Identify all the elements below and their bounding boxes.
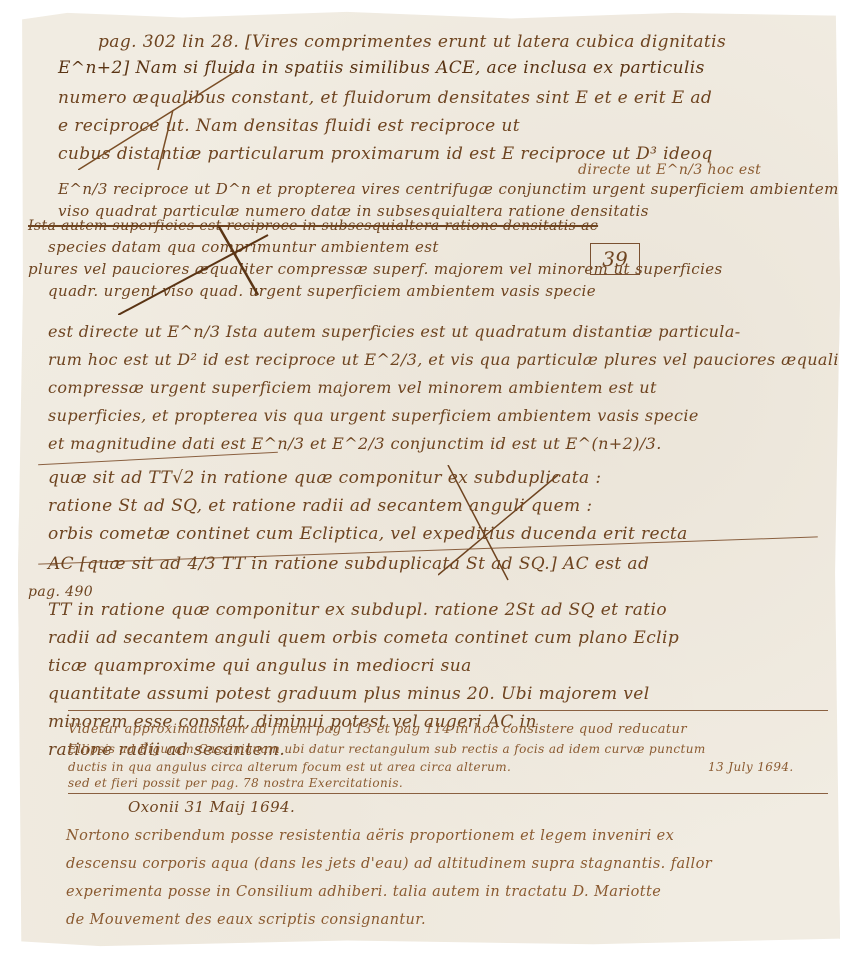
- text-line: radii ad secantem anguli quem orbis come…: [48, 628, 679, 648]
- text-line: TT in ratione quæ componitur ex subdupl.…: [48, 600, 667, 620]
- crossout-mark: [118, 225, 278, 315]
- separator-rule: [68, 710, 828, 711]
- note-line: Ellipsis ad Figuram Cassinianam ubi datu…: [68, 742, 706, 756]
- text-line: superficies, et propterea vis qua urgent…: [48, 406, 699, 425]
- text-line-struck: Ista autem superficies est reciproce in …: [28, 218, 598, 234]
- note-date: 13 July 1694.: [708, 760, 794, 774]
- text-line: ticæ quamproxime qui angulus in mediocri…: [48, 656, 472, 676]
- text-line: E^n/3 reciproce ut D^n et propterea vire…: [58, 180, 839, 198]
- date-line: Oxonii 31 Maij 1694.: [128, 798, 295, 816]
- text-line: de Mouvement des eaux scriptis consignan…: [66, 912, 426, 928]
- text-line-insertion: directe ut E^n/3 hoc est: [578, 162, 761, 178]
- note-line: sed et fieri possit per pag. 78 nostra E…: [68, 776, 403, 790]
- crossout-mark: [78, 70, 238, 170]
- text-line: pag. 302 lin 28. [Vires comprimentes eru…: [98, 32, 726, 52]
- separator-rule: [68, 793, 828, 794]
- text-line: orbis cometæ continet cum Ecliptica, vel…: [48, 524, 688, 544]
- text-line: quantitate assumi potest graduum plus mi…: [48, 684, 650, 704]
- text-line: et magnitudine dati est E^n/3 et E^2/3 c…: [48, 434, 662, 453]
- text-line: compressæ urgent superficiem majorem vel…: [48, 378, 657, 397]
- note-line: Videtur approximationem ad finem pag 113…: [68, 722, 687, 737]
- text-line: est directe ut E^n/3 Ista autem superfic…: [48, 322, 741, 341]
- separator-rule: [38, 452, 278, 466]
- text-line: Nortono scribendum posse resistentia aër…: [66, 828, 674, 844]
- text-line: rum hoc est ut D² id est reciproce ut E^…: [48, 350, 847, 369]
- text-line: descensu corporis aqua (dans les jets d'…: [66, 856, 712, 872]
- note-line: ductis in qua angulus circa alterum focu…: [68, 760, 511, 774]
- page-number: 39: [590, 243, 640, 275]
- manuscript-page: pag. 302 lin 28. [Vires comprimentes eru…: [18, 10, 840, 948]
- margin-note: pag. 490: [28, 584, 93, 600]
- crossout-mark: [438, 465, 568, 585]
- text-line: experimenta posse in Consilium adhiberi.…: [66, 884, 661, 900]
